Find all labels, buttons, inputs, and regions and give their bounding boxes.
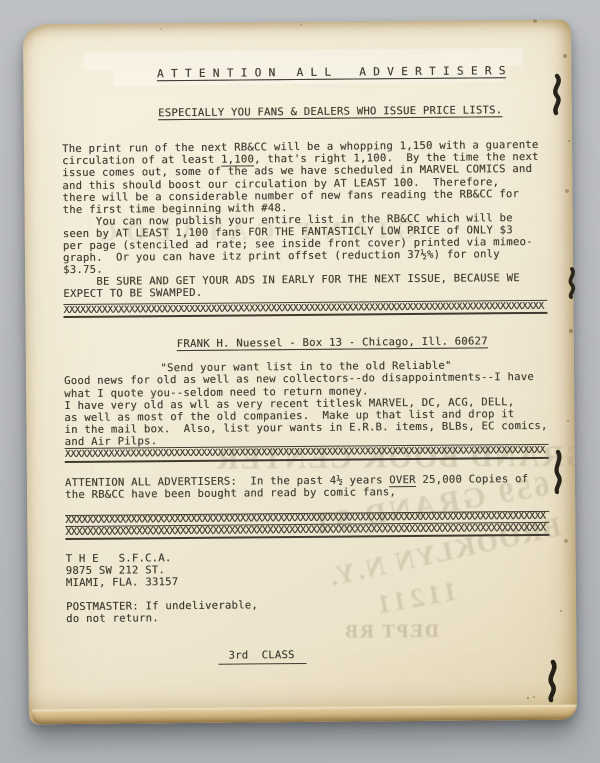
paper-speckles (0, 0, 2, 2)
staple-icon (566, 266, 578, 300)
page-title-text: A T T E N T I O N A L L A D V E R T I S … (157, 64, 506, 80)
staple-icon (544, 658, 560, 704)
page-subtitle: ESPECIALLY YOU FANS & DEALERS WHO ISSUE … (62, 92, 546, 133)
x-divider-row: XXXXXXXXXXXXXXXXXXXXXXXXXXXXXXXXXXXXXXXX… (65, 446, 549, 460)
x-divider-row: XXXXXXXXXXXXXXXXXXXXXXXXXXXXXXXXXXXXXXXX… (63, 301, 547, 315)
x-divider-double: XXXXXXXXXXXXXXXXXXXXXXXXXXXXXXXXXXXXXXXX… (65, 511, 549, 540)
text-segment: 25,000 Copies of (416, 473, 529, 486)
nuessel-paragraph: Good news for old as well as new collect… (64, 371, 549, 448)
intro-paragraph: The print run of the next RB&CC will be … (62, 139, 547, 300)
page-content: A T T E N T I O N A L L A D V E R T I S … (31, 26, 567, 705)
return-address: T H E S.F.C.A. 9875 SW 212 ST. MIAMI, FL… (66, 549, 550, 590)
page-title: A T T E N T I O N A L L A D V E R T I S … (61, 50, 545, 96)
zine-back-cover: GIANT CATALOG GRAND BOOK CENTER 659 GRAN… (23, 20, 577, 725)
photo-background: GIANT CATALOG GRAND BOOK CENTER 659 GRAN… (0, 0, 600, 763)
page-subtitle-text: ESPECIALLY YOU FANS & DEALERS WHO ISSUE … (158, 104, 502, 119)
mailing-class-label: 3rd CLASS (218, 649, 306, 664)
nuessel-header-text: FRANK H. Nuessel - Box 13 - Chicago, Ill… (177, 336, 488, 351)
x-divider: XXXXXXXXXXXXXXXXXXXXXXXXXXXXXXXXXXXXXXXX… (63, 299, 547, 318)
underlined-text: OVER (389, 474, 416, 487)
mailing-class: 3rd CLASS (66, 641, 550, 665)
nuessel-header: FRANK H. Nuessel - Box 13 - Chicago, Ill… (64, 323, 548, 364)
postmaster-note: POSTMASTER: If undeliverable, do not ret… (66, 597, 550, 625)
staple-icon (549, 72, 565, 116)
staple-icon (551, 448, 565, 496)
